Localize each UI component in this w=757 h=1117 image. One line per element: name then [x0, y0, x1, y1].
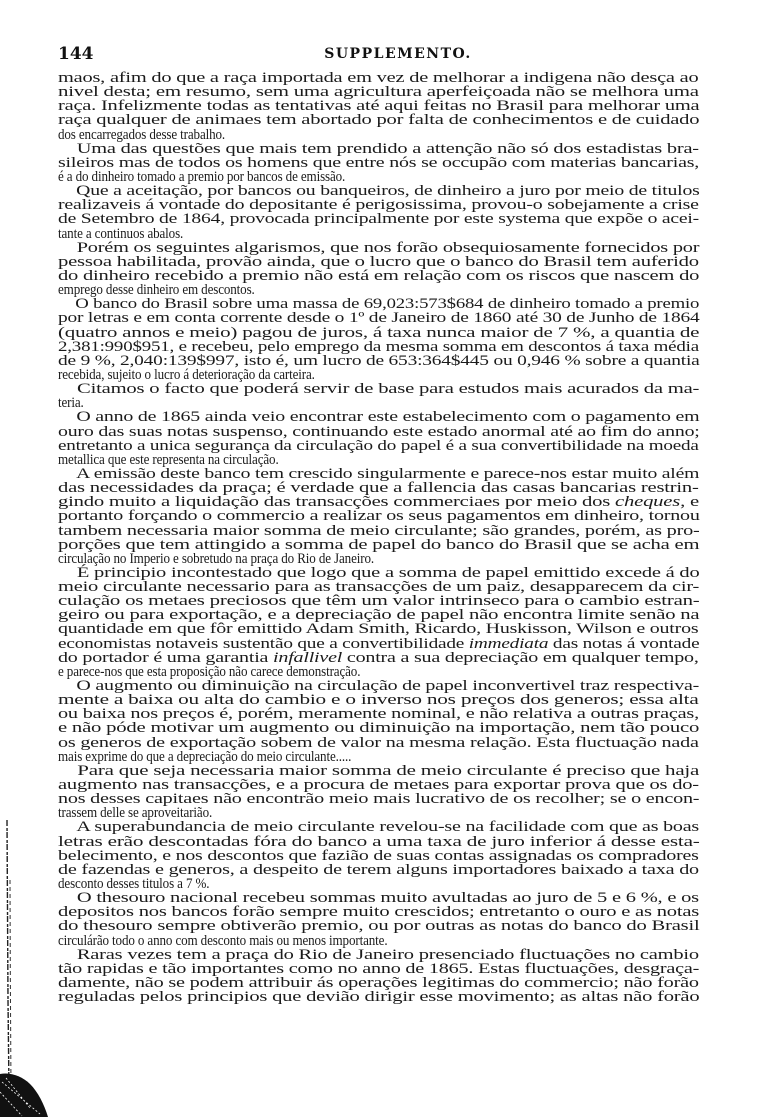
page-header: 144 SUPPLEMENTO. [58, 44, 698, 66]
paragraph: Citamos o facto que poderá servir de bas… [58, 382, 699, 410]
paragraph: A emissão deste banco tem crescido singu… [58, 467, 699, 566]
paragraph: Porém os seguintes algarismos, que nos f… [58, 241, 699, 298]
paragraph: O banco do Brasil sobre uma massa de 69,… [58, 297, 699, 382]
paragraph: maos, afim do que a raça importada em ve… [58, 71, 699, 142]
paragraph: O anno de 1865 ainda veio encontrar este… [58, 410, 699, 467]
paragraph: É principio incontestado que logo que a … [58, 566, 699, 679]
paragraph: Raras vezes tem a praça do Rio de Janeir… [58, 948, 699, 1005]
paragraph: Uma das questões que mais tem prendido a… [58, 142, 699, 184]
running-head: SUPPLEMENTO. [58, 46, 698, 62]
paragraph: Que a aceitação, por bancos ou banqueiro… [58, 184, 699, 241]
text-line: Citamos o facto que poderá servir de bas… [58, 382, 718, 396]
paragraph: O thesouro nacional recebeu sommas muito… [58, 891, 699, 948]
paragraph: O augmento ou diminuição na circulação d… [58, 679, 699, 764]
paragraph: Para que seja necessaria maior somma de … [58, 764, 699, 821]
body-text: maos, afim do que a raça importada em ve… [58, 71, 699, 1004]
text-line: reguladas pelos principios que devião di… [58, 990, 699, 1004]
paragraph: A superabundancia de meio circulante rev… [58, 820, 699, 891]
binding-edge-scan-artifact [4, 820, 12, 1090]
page-corner-scan-artifact [0, 1068, 48, 1117]
book-page: 144 SUPPLEMENTO. maos, afim do que a raç… [0, 0, 757, 1117]
